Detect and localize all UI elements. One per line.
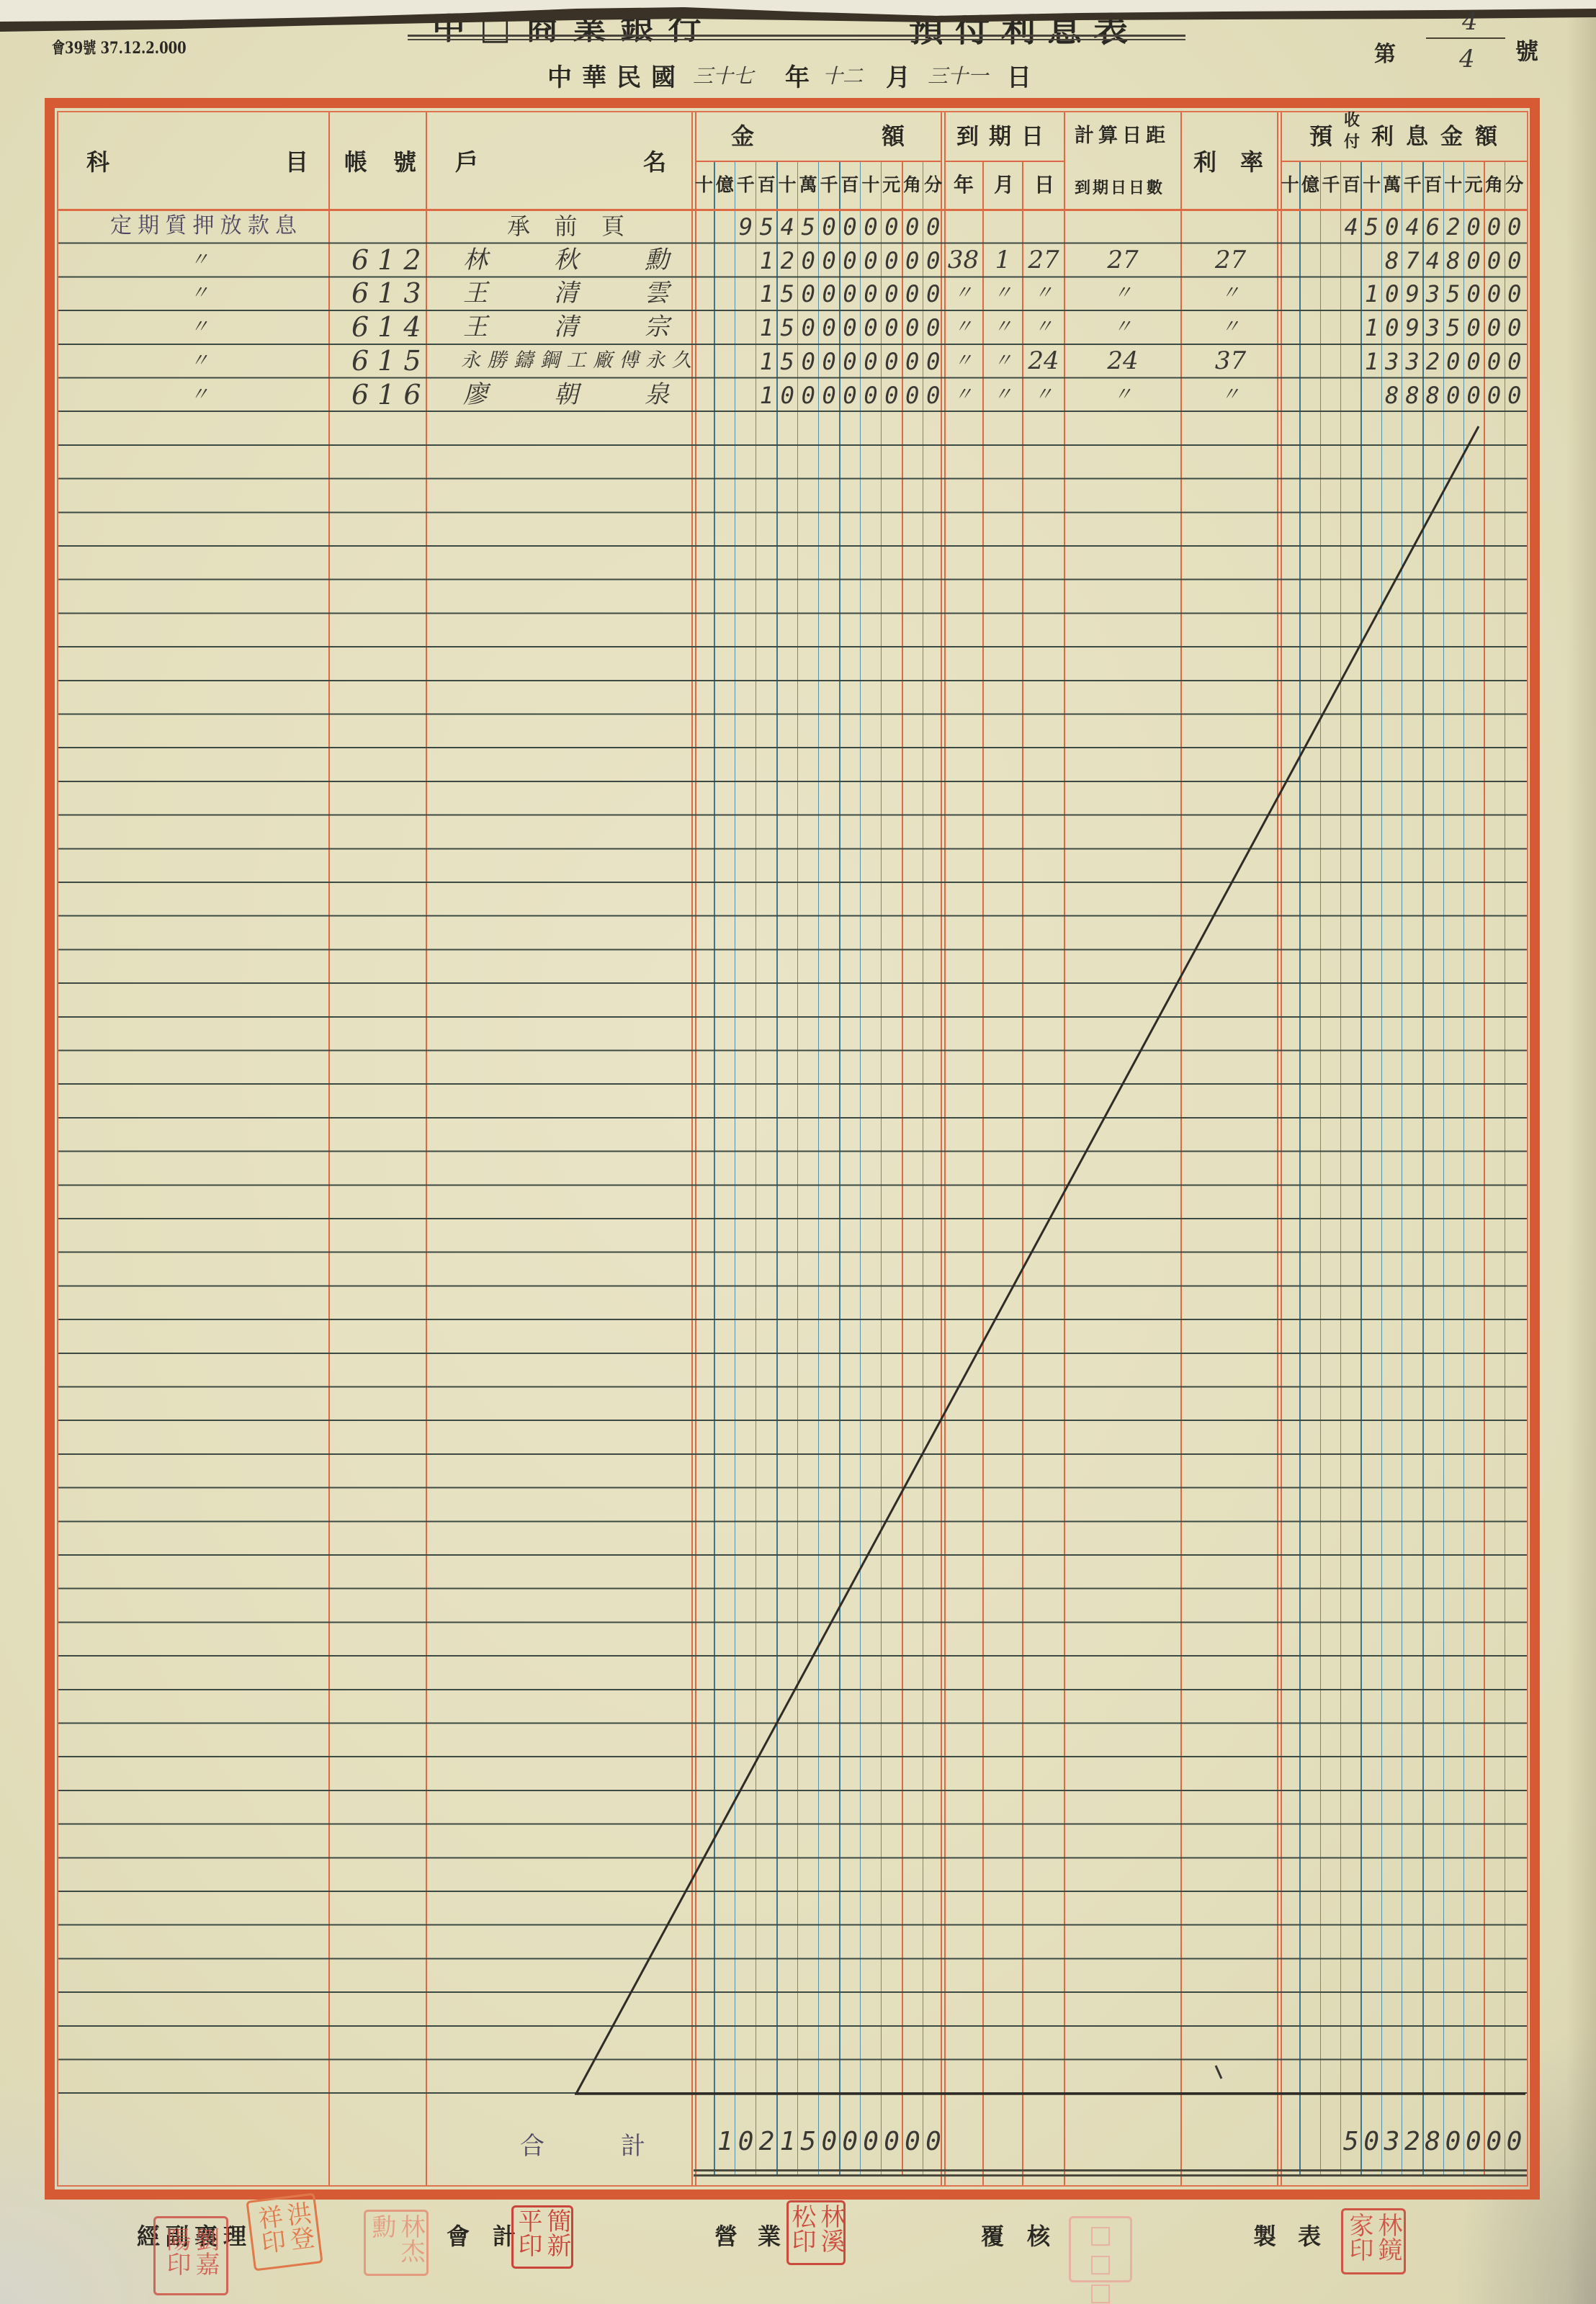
rate-cell: 27 — [1181, 246, 1280, 274]
unit-label: 億 — [1300, 173, 1320, 197]
header-name-right: 名 — [643, 144, 666, 177]
subject-cell: 定期質押放款息 — [110, 212, 297, 241]
account-name-cell: 林秋勳 — [463, 246, 669, 274]
serial-denominator: 4 — [1459, 45, 1475, 73]
interest-cell: 8748000 — [1385, 246, 1528, 275]
unit-label: 千 — [735, 173, 756, 197]
date-year: 三十七 — [693, 60, 753, 89]
amount-cell: 150000000 — [760, 313, 947, 342]
maturity-year-cell: 38 — [943, 246, 983, 274]
totals-row: 合 計 10215000000 503280000 — [0, 2117, 1596, 2168]
maturity-month-cell: 〃 — [983, 346, 1023, 375]
signoff-accounting-label-1: 會 — [447, 2218, 470, 2251]
interest-cell: 8880000 — [1385, 381, 1528, 410]
maturity-day-cell: 24 — [1023, 346, 1064, 375]
ledger-page: 中□商業銀行 預付利息表 會39號 37.12.2.000 第 4 4 號 中華… — [0, 0, 1596, 2304]
interest-cell: 10935000 — [1365, 279, 1528, 308]
header-name-left: 戶 — [455, 144, 478, 177]
date-day-unit: 日 — [1007, 58, 1031, 93]
subject-cell: 〃 — [190, 380, 209, 409]
unit-label: 萬 — [1382, 173, 1402, 197]
days-cell: 〃 — [1064, 380, 1181, 409]
header-amount-left: 金 — [731, 118, 754, 151]
folded-page-edge — [0, 0, 1596, 43]
maturity-day-cell: 〃 — [1023, 279, 1064, 308]
header-rate-left: 利 — [1193, 144, 1216, 177]
account-no-cell: 613 — [351, 279, 430, 308]
date-month: 十二 — [822, 60, 863, 89]
interest-cell: 10935000 — [1365, 313, 1528, 342]
subject-cell: 〃 — [190, 279, 209, 308]
seal-text: □□□□ — [1086, 2220, 1115, 2278]
table-row: 〃 613 王清雲 150000000 〃 〃 〃 〃 〃 10935000 — [0, 277, 1596, 311]
maturity-month-label: 月 — [984, 173, 1024, 197]
subject-cell: 〃 — [190, 246, 209, 274]
unit-label: 百 — [1341, 173, 1361, 197]
unit-label: 角 — [902, 173, 923, 197]
serial-numerator: 4 — [1462, 7, 1478, 36]
subheader-line-amount — [696, 161, 941, 162]
days-cell: 24 — [1064, 346, 1181, 375]
header-rate-right: 率 — [1240, 144, 1263, 177]
interest-cell: 450462000 — [1344, 212, 1528, 241]
account-no-cell: 614 — [351, 313, 430, 341]
table-row: 〃 616 廖朝泉 100000000 〃 〃 〃 〃 〃 8880000 — [0, 379, 1596, 413]
account-name-cell: 承前頁 — [507, 212, 624, 241]
seal-stamp: 林溪松印 — [786, 2200, 846, 2265]
header-account-left: 帳 — [344, 144, 367, 177]
maturity-month-cell: 〃 — [983, 279, 1023, 308]
rate-cell: 〃 — [1181, 313, 1280, 341]
date-month-unit: 月 — [886, 58, 910, 93]
days-cell: 27 — [1064, 246, 1181, 274]
date-era: 中華民國 — [547, 58, 686, 93]
table-row: 〃 615 永勝鑄鋼工廠傅永久 150000000 〃 〃 24 24 37 1… — [0, 345, 1596, 379]
header-maturity: 到期日 — [956, 118, 1054, 151]
amount-unit-labels: 十 億 千 百 十 萬 千 百 十 元 角 分 — [694, 173, 943, 197]
maturity-year-cell: 〃 — [943, 279, 983, 308]
unit-label: 十 — [1443, 173, 1463, 197]
amount-cell: 150000000 — [760, 347, 947, 376]
seal-stamp: 林杰勳 — [364, 2210, 429, 2276]
totals-label-1: 合 — [520, 2126, 544, 2161]
unit-label: 十 — [1280, 173, 1300, 197]
rate-cell: 37 — [1181, 346, 1280, 375]
rate-cell: 〃 — [1181, 380, 1280, 409]
account-name-cell: 廖朝泉 — [463, 380, 669, 409]
unit-label: 億 — [714, 173, 735, 197]
amount-cell: 100000000 — [760, 381, 947, 410]
table-row: 〃 612 林秋勳 120000000 38 1 27 27 27 874800… — [0, 244, 1596, 278]
header-interest-stack-bottom: 付 — [1344, 130, 1360, 152]
unit-label: 角 — [1484, 173, 1504, 197]
maturity-year-cell: 〃 — [943, 346, 983, 375]
totals-label-2: 計 — [621, 2126, 645, 2161]
maturity-month-cell: 〃 — [983, 380, 1023, 409]
maturity-month-cell: 1 — [983, 246, 1023, 274]
seal-stamp: 洪登祥印 — [246, 2193, 323, 2272]
maturity-day-cell: 27 — [1023, 246, 1064, 274]
subject-cell: 〃 — [190, 313, 209, 341]
header-subject-right: 目 — [285, 144, 308, 177]
total-amount: 10215000000 — [717, 2128, 946, 2156]
maturity-year-label: 年 — [943, 173, 984, 197]
subheader-line-maturity — [945, 161, 1064, 162]
subheader-line-interest — [1282, 161, 1527, 162]
unit-label: 分 — [1505, 173, 1525, 197]
unit-label: 百 — [756, 173, 777, 197]
seal-stamp: 劉嘉陽印 — [153, 2216, 228, 2295]
table-row: 定期質押放款息 承前頁 9545000000 450462000 — [0, 210, 1596, 244]
serial-prefix: 第 — [1374, 36, 1396, 68]
seal-stamp: □□□□ — [1069, 2216, 1132, 2282]
form-code: 會39號 37.12.2.000 — [52, 36, 187, 58]
interest-unit-labels: 十 億 千 百 十 萬 千 百 十 元 角 分 — [1280, 173, 1525, 197]
header-days-top: 計算日距 — [1075, 120, 1170, 148]
unit-label: 元 — [881, 173, 902, 197]
unit-label: 十 — [694, 173, 714, 197]
unit-label: 萬 — [798, 173, 819, 197]
date-day: 三十一 — [928, 60, 988, 89]
header-days-bottom: 到期日日數 — [1075, 176, 1165, 198]
date-year-unit: 年 — [785, 58, 810, 93]
seal-stamp: 簡新平印 — [511, 2205, 573, 2269]
account-name-cell: 王清雲 — [463, 279, 669, 308]
unit-label: 十 — [860, 173, 881, 197]
table-row: 〃 614 王清宗 150000000 〃 〃 〃 〃 〃 10935000 — [0, 311, 1596, 345]
unit-label: 千 — [819, 173, 840, 197]
seal-stamp: 林鏡家印 — [1341, 2208, 1406, 2274]
account-name-cell: 永勝鑄鋼工廠傅永久 — [461, 346, 691, 375]
maturity-day-label: 日 — [1024, 173, 1064, 197]
header-account-right: 號 — [393, 144, 416, 177]
amount-cell: 150000000 — [760, 279, 947, 308]
amount-cell: 9545000000 — [739, 212, 947, 241]
unit-label: 百 — [839, 173, 860, 197]
header-subject-left: 科 — [86, 144, 109, 177]
interest-cell: 13320000 — [1365, 347, 1528, 376]
ruled-row-lines — [58, 210, 1527, 2095]
signoff-review-label: 覆核 — [981, 2218, 1073, 2251]
unit-label: 元 — [1463, 173, 1484, 197]
maturity-year-cell: 〃 — [943, 313, 983, 341]
serial-suffix: 號 — [1515, 33, 1538, 66]
account-no-cell: 615 — [351, 346, 430, 375]
maturity-sub-labels: 年 月 日 — [943, 173, 1064, 197]
header-interest-stack-top: 收 — [1344, 108, 1360, 130]
maturity-year-cell: 〃 — [943, 380, 983, 409]
serial-divider — [1426, 37, 1505, 39]
rate-cell: 〃 — [1181, 279, 1280, 308]
account-name-cell: 王清宗 — [463, 313, 669, 341]
unit-label: 十 — [777, 173, 798, 197]
header-amount-right: 額 — [882, 118, 905, 151]
totals-double-underline — [694, 2169, 1527, 2177]
account-no-cell: 612 — [351, 246, 430, 274]
seal-text: 林鏡家印 — [1345, 2213, 1402, 2270]
unit-label: 十 — [1361, 173, 1381, 197]
unit-label: 分 — [923, 173, 943, 197]
header-interest-prefix: 預 — [1309, 118, 1332, 151]
amount-cell: 120000000 — [760, 246, 947, 275]
seal-text: 洪登祥印 — [252, 2200, 316, 2264]
subject-cell: 〃 — [190, 346, 209, 375]
unit-label: 百 — [1422, 173, 1443, 197]
days-cell: 〃 — [1064, 313, 1181, 341]
unit-label: 千 — [1402, 173, 1422, 197]
seal-text: 林杰勳 — [367, 2214, 425, 2272]
maturity-day-cell: 〃 — [1023, 313, 1064, 341]
maturity-month-cell: 〃 — [983, 313, 1023, 341]
total-interest: 503280000 — [1343, 2128, 1527, 2156]
seal-text: 簡新平印 — [514, 2208, 571, 2266]
maturity-day-cell: 〃 — [1023, 380, 1064, 409]
unit-label: 千 — [1321, 173, 1341, 197]
days-cell: 〃 — [1064, 279, 1181, 308]
header-interest-label: 利息金額 — [1371, 118, 1510, 151]
account-no-cell: 616 — [351, 380, 430, 409]
seal-text: 林溪松印 — [787, 2204, 845, 2262]
signoff-preparer-label: 製表 — [1253, 2218, 1342, 2251]
seal-text: 劉嘉陽印 — [162, 2227, 220, 2285]
